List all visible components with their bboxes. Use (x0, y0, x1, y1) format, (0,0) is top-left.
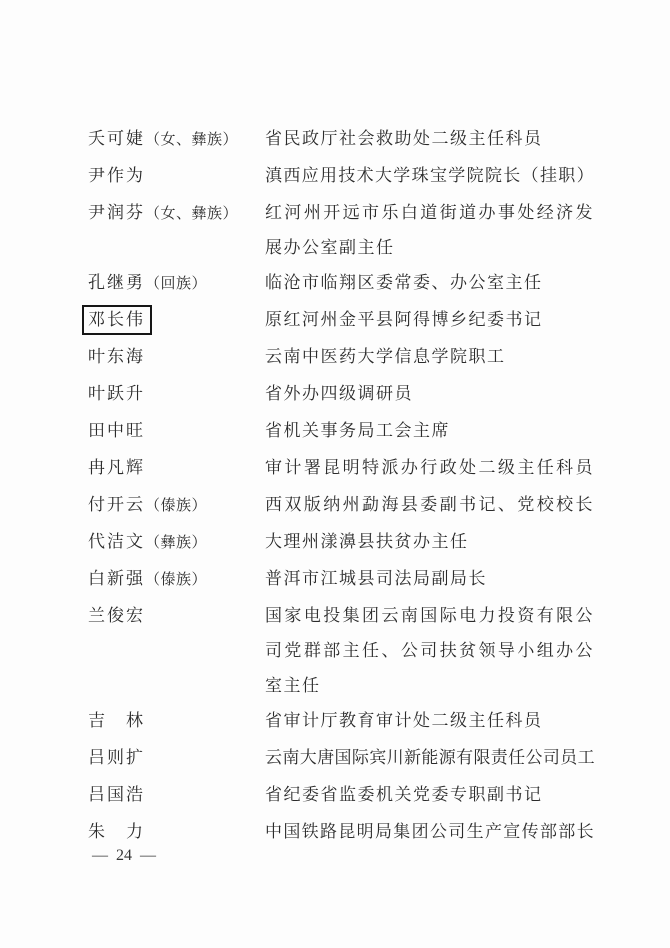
name-cell: 邓长伟 (88, 302, 265, 339)
footer-dash-left: — (92, 847, 108, 865)
position-cell: 普洱市江城县司法局副局长 (265, 561, 605, 596)
position-text: 滇西应用技术大学珠宝学院院长（挂职） (265, 158, 605, 193)
name-cell: 白新强（傣族） (88, 561, 265, 598)
roster-row: 兰俊宏 国家电投集团云南国际电力投资有限公司党群部主任、公司扶贫领导小组办公室主… (88, 598, 605, 703)
name-cell: 朱 力 (88, 814, 265, 851)
position-cell: 红河州开远市乐白道街道办事处经济发展办公室副主任 (265, 195, 605, 265)
position-text: 室主任 (265, 668, 605, 703)
ethnicity-note: （女、彝族） (145, 206, 238, 222)
document-page: 夭可婕（女、彝族） 省民政厅社会救助处二级主任科员 尹作为 滇西应用技术大学珠宝… (0, 0, 670, 948)
position-cell: 审计署昆明特派办行政处二级主任科员 (265, 450, 605, 485)
name-cell: 叶东海 (88, 339, 265, 376)
position-text: 西双版纳州勐海县委副书记、党校校长 (265, 487, 605, 522)
roster-row: 朱 力 中国铁路昆明局集团公司生产宣传部部长 (88, 814, 605, 851)
position-text: 省机关事务局工会主席 (265, 413, 605, 448)
name-cell: 付开云（傣族） (88, 487, 265, 524)
position-cell: 原红河州金平县阿得博乡纪委书记 (265, 302, 605, 337)
person-name: 尹作为 (88, 166, 145, 185)
position-cell: 省外办四级调研员 (265, 376, 605, 411)
person-name: 冉凡辉 (88, 458, 145, 477)
person-name: 叶东海 (88, 347, 145, 366)
page-number: 24 (116, 847, 132, 865)
position-text: 普洱市江城县司法局副局长 (265, 561, 605, 596)
name-cell: 尹作为 (88, 158, 265, 195)
person-name: 兰俊宏 (88, 606, 145, 625)
roster-list: 夭可婕（女、彝族） 省民政厅社会救助处二级主任科员 尹作为 滇西应用技术大学珠宝… (88, 121, 605, 851)
position-cell: 省审计厅教育审计处二级主任科员 (265, 703, 605, 738)
roster-row: 付开云（傣族） 西双版纳州勐海县委副书记、党校校长 (88, 487, 605, 524)
position-text: 省外办四级调研员 (265, 376, 605, 411)
footer-dash-right: — (140, 847, 156, 865)
roster-row: 孔继勇（回族） 临沧市临翔区委常委、办公室主任 (88, 265, 605, 302)
roster-row: 叶跃升 省外办四级调研员 (88, 376, 605, 413)
ethnicity-note: （回族） (145, 276, 207, 292)
position-cell: 滇西应用技术大学珠宝学院院长（挂职） (265, 158, 605, 193)
roster-row: 尹作为 滇西应用技术大学珠宝学院院长（挂职） (88, 158, 605, 195)
page-footer: — 24 — (92, 847, 156, 865)
name-cell: 兰俊宏 (88, 598, 265, 635)
roster-row: 叶东海 云南中医药大学信息学院职工 (88, 339, 605, 376)
name-cell: 叶跃升 (88, 376, 265, 413)
position-cell: 省民政厅社会救助处二级主任科员 (265, 121, 605, 156)
name-cell: 吉 林 (88, 703, 265, 740)
position-text: 红河州开远市乐白道街道办事处经济发 (265, 195, 605, 230)
person-name: 吉 林 (88, 711, 145, 730)
position-cell: 临沧市临翔区委常委、办公室主任 (265, 265, 605, 300)
position-text: 大理州漾濞县扶贫办主任 (265, 524, 605, 559)
position-cell: 国家电投集团云南国际电力投资有限公司党群部主任、公司扶贫领导小组办公室主任 (265, 598, 605, 703)
person-name: 田中旺 (88, 421, 145, 440)
name-cell: 冉凡辉 (88, 450, 265, 487)
roster-row: 夭可婕（女、彝族） 省民政厅社会救助处二级主任科员 (88, 121, 605, 158)
ethnicity-note: （女、彝族） (145, 132, 238, 148)
name-cell: 夭可婕（女、彝族） (88, 121, 265, 158)
ethnicity-note: （傣族） (145, 572, 207, 588)
name-cell: 吕国浩 (88, 777, 265, 814)
person-name: 吕国浩 (88, 785, 145, 804)
roster-row: 尹润芬（女、彝族） 红河州开远市乐白道街道办事处经济发展办公室副主任 (88, 195, 605, 265)
position-cell: 云南中医药大学信息学院职工 (265, 339, 605, 374)
ethnicity-note: （傣族） (145, 498, 207, 514)
position-cell: 省机关事务局工会主席 (265, 413, 605, 448)
name-cell: 田中旺 (88, 413, 265, 450)
position-text: 省纪委省监委机关党委专职副书记 (265, 777, 605, 812)
position-text: 省民政厅社会救助处二级主任科员 (265, 121, 605, 156)
person-name: 代洁文 (88, 532, 145, 551)
position-text: 省审计厅教育审计处二级主任科员 (265, 703, 605, 738)
position-text: 云南大唐国际宾川新能源有限责任公司员工 (265, 740, 605, 775)
position-text: 审计署昆明特派办行政处二级主任科员 (265, 450, 605, 485)
roster-row: 吕则扩 云南大唐国际宾川新能源有限责任公司员工 (88, 740, 605, 777)
person-name: 夭可婕 (88, 129, 145, 148)
ethnicity-note: （彝族） (145, 535, 207, 551)
person-name: 尹润芬 (88, 203, 145, 222)
roster-row: 邓长伟 原红河州金平县阿得博乡纪委书记 (88, 302, 605, 339)
position-cell: 省纪委省监委机关党委专职副书记 (265, 777, 605, 812)
position-text: 中国铁路昆明局集团公司生产宣传部部长 (265, 814, 605, 849)
name-cell: 代洁文（彝族） (88, 524, 265, 561)
person-name: 付开云 (88, 495, 145, 514)
person-name: 白新强 (88, 569, 145, 588)
person-name: 朱 力 (88, 822, 145, 841)
roster-row: 田中旺 省机关事务局工会主席 (88, 413, 605, 450)
position-text: 展办公室副主任 (265, 230, 605, 265)
position-text: 国家电投集团云南国际电力投资有限公 (265, 598, 605, 633)
name-cell: 孔继勇（回族） (88, 265, 265, 302)
name-cell: 吕则扩 (88, 740, 265, 777)
position-text: 云南中医药大学信息学院职工 (265, 339, 605, 374)
boxed-person-name: 邓长伟 (82, 305, 152, 335)
position-cell: 大理州漾濞县扶贫办主任 (265, 524, 605, 559)
person-name: 吕则扩 (88, 748, 145, 767)
position-cell: 西双版纳州勐海县委副书记、党校校长 (265, 487, 605, 522)
roster-row: 吉 林 省审计厅教育审计处二级主任科员 (88, 703, 605, 740)
roster-row: 代洁文（彝族） 大理州漾濞县扶贫办主任 (88, 524, 605, 561)
person-name: 叶跃升 (88, 384, 145, 403)
position-cell: 中国铁路昆明局集团公司生产宣传部部长 (265, 814, 605, 849)
person-name: 孔继勇 (88, 273, 145, 292)
name-cell: 尹润芬（女、彝族） (88, 195, 265, 232)
position-text: 原红河州金平县阿得博乡纪委书记 (265, 302, 605, 337)
roster-row: 冉凡辉 审计署昆明特派办行政处二级主任科员 (88, 450, 605, 487)
position-text: 临沧市临翔区委常委、办公室主任 (265, 265, 605, 300)
roster-row: 白新强（傣族） 普洱市江城县司法局副局长 (88, 561, 605, 598)
position-text: 司党群部主任、公司扶贫领导小组办公 (265, 633, 605, 668)
position-cell: 云南大唐国际宾川新能源有限责任公司员工 (265, 740, 605, 775)
roster-row: 吕国浩 省纪委省监委机关党委专职副书记 (88, 777, 605, 814)
